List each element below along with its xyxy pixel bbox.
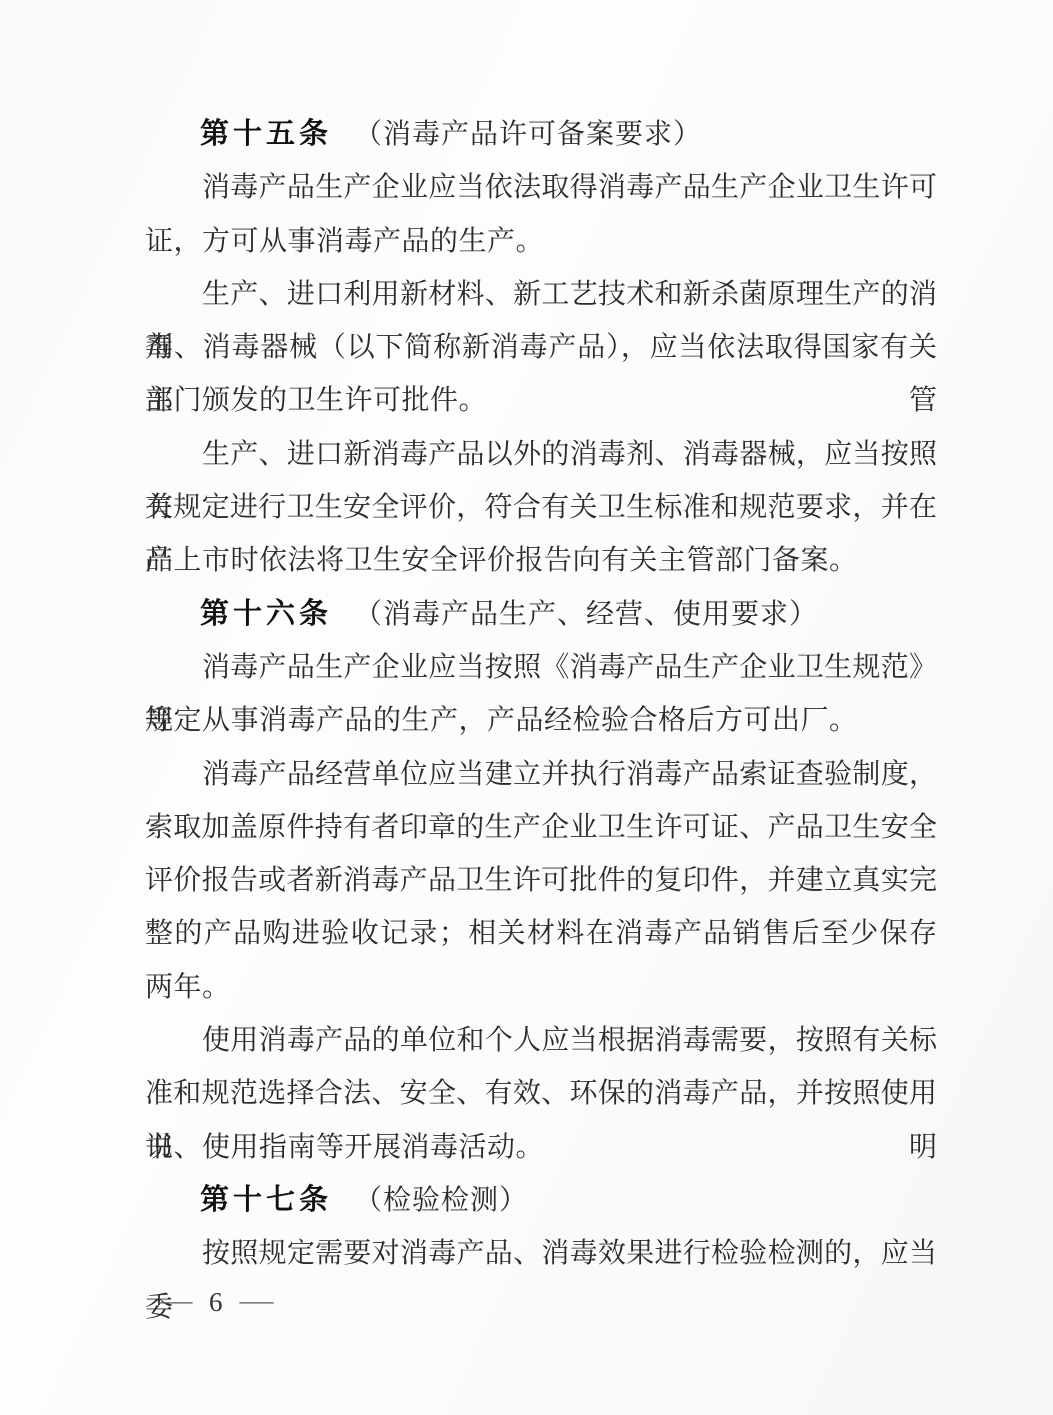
text-line: 生产、进口新消毒产品以外的消毒剂、消毒器械，应当按照有 [145,428,937,481]
text-line: 消毒产品经营单位应当建立并执行消毒产品索证查验制度， [145,748,937,801]
article-title: （检验检测） [354,1185,528,1216]
text-line: 整的产品购进验收记录；相关材料在消毒产品销售后至少保存 [145,907,937,960]
page-number: 6 [209,1286,223,1318]
footer-dash-left: — [159,1286,193,1318]
text-line: 规定从事消毒产品的生产，产品经检验合格后方可出厂。 [145,694,937,747]
article-number: 第十六条 [200,598,332,630]
article-heading-line: 第十五条（消毒产品许可备案要求） [145,108,937,161]
article-heading-line: 第十七条（检验检测） [145,1174,937,1227]
article-title: （消毒产品许可备案要求） [354,119,702,150]
article-number: 第十七条 [200,1184,332,1216]
article-title: （消毒产品生产、经营、使用要求） [354,599,818,630]
text-line: 关规定进行卫生安全评价，符合有关卫生标准和规范要求，并在产 [145,481,937,534]
text-line: 索取加盖原件持有者印章的生产企业卫生许可证、产品卫生安全 [145,801,937,854]
document-page: 第十五条（消毒产品许可备案要求）消毒产品生产企业应当依法取得消毒产品生产企业卫生… [0,0,1053,1415]
text-line: 证，方可从事消毒产品的生产。 [145,215,937,268]
text-line: 按照规定需要对消毒产品、消毒效果进行检验检测的，应当委 [145,1227,937,1280]
text-line: 品上市时依法将卫生安全评价报告向有关主管部门备案。 [145,534,937,587]
text-line: 两年。 [145,961,937,1014]
document-text-block: 第十五条（消毒产品许可备案要求）消毒产品生产企业应当依法取得消毒产品生产企业卫生… [145,108,937,1281]
footer-dash-right: — [239,1286,273,1318]
text-line: 准和规范选择合法、安全、有效、环保的消毒产品，并按照使用说明 [145,1067,937,1120]
text-line: 生产、进口利用新材料、新工艺技术和新杀菌原理生产的消毒 [145,268,937,321]
text-line: 剂、消毒器械（以下简称新消毒产品），应当依法取得国家有关主管 [145,321,937,374]
text-line: 消毒产品生产企业应当按照《消毒产品生产企业卫生规范》等 [145,641,937,694]
text-line: 消毒产品生产企业应当依法取得消毒产品生产企业卫生许可 [145,161,937,214]
article-number: 第十五条 [200,118,332,150]
page-footer: — 6 — [163,1286,269,1318]
text-line: 评价报告或者新消毒产品卫生许可批件的复印件，并建立真实完 [145,854,937,907]
text-line: 使用消毒产品的单位和个人应当根据消毒需要，按照有关标 [145,1014,937,1067]
article-heading-line: 第十六条（消毒产品生产、经营、使用要求） [145,588,937,641]
